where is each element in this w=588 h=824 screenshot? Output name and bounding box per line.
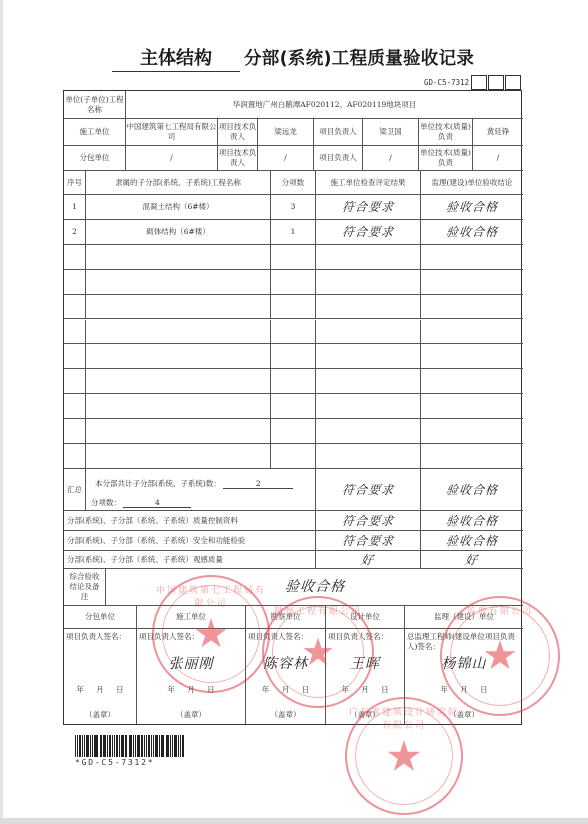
table-cell-contractor-result <box>316 344 421 369</box>
signature-label: 项目负责人签名： <box>248 632 308 642</box>
table-cell-no <box>64 295 86 320</box>
col-header-supervisor-result: 监理(建设)单位验收结论 <box>421 171 523 195</box>
contractor-quality-lead-label: 单位技术(质量)负责 <box>419 119 473 146</box>
table-cell-no <box>64 344 86 369</box>
handwritten-text: 好 <box>361 555 375 565</box>
table-cell-name <box>86 245 271 270</box>
check-appearance-label: 分部(系统)、子分部（系统、子系统）观感质量 <box>64 551 316 569</box>
table-cell-contractor-result: 符合要求 <box>316 195 421 220</box>
handwritten-text: 符合要求 <box>341 485 394 495</box>
table-cell-no <box>64 394 86 419</box>
form-code-box <box>488 75 504 90</box>
table-cell-supervisor-result <box>421 394 523 419</box>
table-cell-supervisor-result <box>421 270 523 295</box>
summary-contractor-result: 符合要求 <box>316 469 421 511</box>
signature-area: 王晖 <box>326 653 404 673</box>
handwritten-text: 好 <box>465 555 479 565</box>
table-cell-no: 1 <box>64 195 86 220</box>
check-appearance-contractor: 好 <box>316 551 421 569</box>
handwritten-text: 符合要求 <box>341 202 394 212</box>
signature-block: 总监理工程师(建设单位项目负责人)签名：杨锦山年 月 日（盖章） <box>405 629 523 724</box>
seal-label: （盖章） <box>326 709 404 720</box>
table-cell-no <box>64 320 86 345</box>
table-cell-count: 1 <box>271 220 316 245</box>
table-cell-no <box>64 245 86 270</box>
handwritten-text: 验收合格 <box>445 536 498 546</box>
table-cell-contractor-result <box>316 444 421 469</box>
handwritten-text: 验收合格 <box>445 516 498 526</box>
table-cell-count <box>271 344 316 369</box>
table-cell-count <box>271 245 316 270</box>
contractor-tech-lead-label: 项目技术负责人 <box>218 119 258 146</box>
table-cell-supervisor-result <box>421 344 523 369</box>
table-cell-name: 砌体结构（6#楼） <box>86 220 271 245</box>
check-safety-label: 分部(系统)、子分部（系统、子系统）安全和功能检验 <box>64 531 316 551</box>
handwritten-signature: 陈容林 <box>263 656 308 672</box>
table-cell-contractor-result <box>316 245 421 270</box>
table-cell-name <box>86 394 271 419</box>
table-cell-count <box>271 419 316 444</box>
handwritten-signature: 王晖 <box>350 656 380 672</box>
signature-unit-header: 设计单位 <box>326 606 405 629</box>
item-count-value: 4 <box>123 498 191 508</box>
signature-label: 项目负责人签名： <box>328 632 388 642</box>
table-cell-count <box>271 270 316 295</box>
table-cell-no <box>64 419 86 444</box>
table-cell-name <box>86 344 271 369</box>
page-edge <box>0 0 3 824</box>
table-cell-no <box>64 444 86 469</box>
barcode-text: *GD-C5-7312* <box>75 758 187 767</box>
table-cell-name <box>86 295 271 320</box>
signature-label: 项目负责人签名： <box>66 632 126 642</box>
signature-date: 年 月 日 <box>405 684 523 695</box>
signature-block: 项目负责人签名：陈容林年 月 日（盖章） <box>246 629 326 724</box>
contractor-pm-label: 项目负责人 <box>314 119 363 146</box>
table-cell-contractor-result <box>316 270 421 295</box>
table-cell-count: 3 <box>271 195 316 220</box>
table-cell-count <box>271 369 316 394</box>
sub-quality-lead-value: / <box>473 146 523 171</box>
contractor-label: 施工单位 <box>64 119 126 146</box>
sub-tech-lead-label: 项目技术负责人 <box>218 146 258 171</box>
table-cell-contractor-result <box>316 419 421 444</box>
form-code-box <box>471 75 487 90</box>
project-name-value: 华润置地广州白鹅潭AF020112、AF020119地块项目 <box>126 91 523 119</box>
title-main-text: 分部(系统)工程质量验收记录 <box>244 47 474 71</box>
table-cell-name <box>86 444 271 469</box>
signature-area: 杨锦山 <box>405 653 523 673</box>
sub-tech-lead-value: / <box>258 146 314 171</box>
table-cell-supervisor-result: 验收合格 <box>421 220 523 245</box>
col-header-count: 分项数 <box>271 171 316 195</box>
item-count: 分项数： 4 <box>91 497 191 508</box>
table-cell-name <box>86 320 271 345</box>
table-cell-supervisor-result <box>421 320 523 345</box>
signature-unit-header: 勘察单位 <box>246 606 326 629</box>
subdivision-count: 本分部共计子分部(系统、子系统)数： 2 <box>95 478 293 489</box>
col-header-name: 隶属的子分部(系统、子系统)工程名称 <box>86 171 271 195</box>
signature-unit-header: 施工单位 <box>137 606 246 629</box>
signature-block: 项目负责人签名：王晖年 月 日（盖章） <box>326 629 405 724</box>
table-cell-supervisor-result <box>421 295 523 320</box>
col-header-contractor-result: 施工单位检查评定结果 <box>316 171 421 195</box>
table-cell-supervisor-result <box>421 419 523 444</box>
signature-block: 项目负责人签名：张丽刚年 月 日（盖章） <box>137 629 246 724</box>
table-cell-count <box>271 394 316 419</box>
handwritten-text: 符合要求 <box>341 227 394 237</box>
barcode <box>75 735 185 757</box>
signature-unit-header: 监理（建设）单位 <box>405 606 523 629</box>
signature-date: 年 月 日 <box>64 684 136 695</box>
form-code-text: GD-C5-7312 <box>424 78 469 87</box>
item-count-label: 分项数： <box>91 498 121 507</box>
table-cell-name <box>86 419 271 444</box>
check-safety-contractor: 符合要求 <box>316 531 421 551</box>
handwritten-text: 符合要求 <box>341 516 394 526</box>
signature-area: 陈容林 <box>246 653 325 673</box>
table-cell-contractor-result <box>316 320 421 345</box>
table-cell-no: 2 <box>64 220 86 245</box>
conclusion-label: 综合验收结论及备注 <box>64 569 106 606</box>
summary-label: 汇总 <box>64 469 86 511</box>
table-cell-contractor-result <box>316 295 421 320</box>
title-division-name: 主体结构 <box>112 47 240 72</box>
sub-pm-label: 项目负责人 <box>314 146 363 171</box>
col-header-no: 序号 <box>64 171 86 195</box>
subcontractor-value: / <box>126 146 218 171</box>
seal-label: （盖章） <box>137 709 245 720</box>
check-quality-control-supervisor: 验收合格 <box>421 511 523 531</box>
handwritten-text: 验收合格 <box>284 582 345 592</box>
handwritten-signature: 杨锦山 <box>442 656 487 672</box>
seal-label: （盖章） <box>405 709 523 720</box>
table-cell-name <box>86 369 271 394</box>
page-edge-bottom <box>0 818 588 824</box>
sub-pm-value: / <box>363 146 419 171</box>
handwritten-text: 验收合格 <box>445 485 498 495</box>
table-cell-supervisor-result: 验收合格 <box>421 195 523 220</box>
signature-label: 总监理工程师(建设单位项目负责人)签名： <box>407 632 521 652</box>
check-safety-supervisor: 验收合格 <box>421 531 523 551</box>
check-appearance-supervisor: 好 <box>421 551 523 569</box>
seal-label: （盖章） <box>246 709 325 720</box>
table-cell-no <box>64 369 86 394</box>
sub-quality-lead-label: 单位技术(质量)负责 <box>419 146 473 171</box>
handwritten-text: 符合要求 <box>341 536 394 546</box>
check-quality-control-label: 分部(系统)、子分部（系统、子系统）质量控制资料 <box>64 511 316 531</box>
contractor-pm-value: 梁卫国 <box>363 119 419 146</box>
signature-label: 项目负责人签名： <box>139 632 199 642</box>
handwritten-text: 验收合格 <box>445 202 498 212</box>
signature-area: 张丽刚 <box>137 653 245 673</box>
acceptance-record-table: 单位(子单位)工程名称 华润置地广州白鹅潭AF020112、AF020119地块… <box>63 90 522 725</box>
signature-block: 项目负责人签名：年 月 日（盖章） <box>64 629 137 724</box>
table-cell-contractor-result <box>316 369 421 394</box>
conclusion-value: 验收合格 <box>106 569 523 606</box>
table-cell-name: 混凝土结构（6#楼） <box>86 195 271 220</box>
form-code-box <box>505 75 521 90</box>
seal-label: （盖章） <box>64 709 136 720</box>
table-cell-no <box>64 270 86 295</box>
subcontractor-label: 分包单位 <box>64 146 126 171</box>
summary-counts: 本分部共计子分部(系统、子系统)数： 2 分项数： 4 <box>86 469 316 511</box>
signature-date: 年 月 日 <box>246 684 325 695</box>
contractor-value: 中国建筑第七工程局有限公司 <box>126 119 218 146</box>
form-code: GD-C5-7312 <box>424 74 521 90</box>
contractor-quality-lead-value: 黄廷铮 <box>473 119 523 146</box>
project-name-label: 单位(子单位)工程名称 <box>64 91 126 119</box>
summary-supervisor-result: 验收合格 <box>421 469 523 511</box>
signature-date: 年 月 日 <box>326 684 404 695</box>
subdivision-count-value: 2 <box>223 479 293 489</box>
table-cell-contractor-result: 符合要求 <box>316 220 421 245</box>
document-title: 主体结构 分部(系统)工程质量验收记录 <box>112 47 532 73</box>
table-cell-supervisor-result <box>421 245 523 270</box>
check-quality-control-contractor: 符合要求 <box>316 511 421 531</box>
signature-date: 年 月 日 <box>137 684 245 695</box>
star-icon: ★ <box>385 732 423 781</box>
contractor-tech-lead-value: 梁远龙 <box>258 119 314 146</box>
subdivision-count-label: 本分部共计子分部(系统、子系统)数： <box>95 479 221 488</box>
table-cell-supervisor-result <box>421 369 523 394</box>
table-cell-name <box>86 270 271 295</box>
table-cell-count <box>271 295 316 320</box>
table-cell-contractor-result <box>316 394 421 419</box>
signature-unit-header: 分包单位 <box>64 606 137 629</box>
table-cell-count <box>271 320 316 345</box>
handwritten-text: 验收合格 <box>445 227 498 237</box>
table-cell-count <box>271 444 316 469</box>
handwritten-signature: 张丽刚 <box>169 656 214 672</box>
table-cell-supervisor-result <box>421 444 523 469</box>
